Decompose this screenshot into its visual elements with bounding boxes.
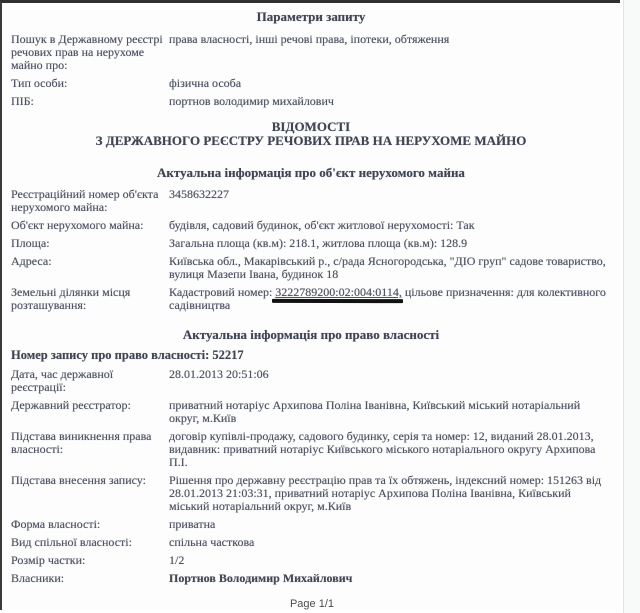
field-label: Адреса: <box>2 255 169 281</box>
page-right-margin <box>623 0 640 613</box>
field-value: права власності, інші речові права, іпот… <box>169 33 620 72</box>
field-label: ПІБ: <box>2 95 169 108</box>
field-value: фізична особа <box>169 77 620 90</box>
field-row-joint-ownership-type: Вид спільної власності: спільна часткова <box>2 536 620 549</box>
field-label: Площа: <box>2 237 169 250</box>
field-row-address: Адреса: Київська обл., Макарівський р., … <box>2 255 620 281</box>
register-extract-page: Параметри запиту Пошук в Державному реєс… <box>0 0 620 610</box>
field-label: Об'єкт нерухомого майна: <box>2 219 169 232</box>
ownership-record-number: Номер запису про право власності: 52217 <box>2 348 620 362</box>
field-label: Підстава внесення запису: <box>2 474 169 513</box>
field-label: Власники: <box>2 572 169 585</box>
document-title-line2: З ДЕРЖАВНОГО РЕЄСТРУ РЕЧОВИХ ПРАВ НА НЕР… <box>2 134 620 148</box>
field-row-person-type: Тип особи: фізична особа <box>2 77 620 90</box>
field-label: Пошук в Державному реєстрі речових прав … <box>2 33 169 72</box>
object-info-title: Актуальна інформація про об'єкт нерухомо… <box>2 166 620 180</box>
field-value: спільна часткова <box>169 536 620 549</box>
page-footer: Page 1/1 <box>2 598 622 611</box>
field-row-registration-number: Реєстраційний номер об'єкта нерухомого м… <box>2 188 620 214</box>
field-label: Дата, час державної реєстрації: <box>2 368 169 394</box>
owner-name: Портнов Володимир Михайлович <box>169 572 620 585</box>
field-row-search-scope: Пошук в Державному реєстрі речових прав … <box>2 33 620 72</box>
field-row-ownership-form: Форма власності: приватна <box>2 518 620 531</box>
field-label: Державний реєстратор: <box>2 399 169 425</box>
field-row-ownership-basis: Підстава виникнення права власності: дог… <box>2 430 620 469</box>
field-value: Київська обл., Макарівський р., с/рада Я… <box>169 255 620 281</box>
document-title-line1: ВІДОМОСТІ <box>2 120 620 134</box>
field-label: Реєстраційний номер об'єкта нерухомого м… <box>2 188 169 214</box>
field-row-record-basis: Підстава внесення запису: Рішення про де… <box>2 474 620 513</box>
field-row-area: Площа: Загальна площа (кв.м): 218.1, жит… <box>2 237 620 250</box>
field-label: Форма власності: <box>2 518 169 531</box>
field-label: Підстава виникнення права власності: <box>2 430 169 469</box>
field-row-full-name: ПІБ: портнов володимир михайлович <box>2 95 620 108</box>
field-value: Рішення про державну реєстрацію прав та … <box>169 474 620 513</box>
field-row-registration-datetime: Дата, час державної реєстрації: 28.01.20… <box>2 368 620 394</box>
field-row-property-object: Об'єкт нерухомого майна: будівля, садови… <box>2 219 620 232</box>
cadastral-prefix: Кадастровий номер: <box>169 285 275 299</box>
query-params-title: Параметри запиту <box>2 10 620 24</box>
field-value: приватна <box>169 518 620 531</box>
field-row-share-size: Розмір частки: 1/2 <box>2 554 620 567</box>
field-row-owners: Власники: Портнов Володимир Михайлович <box>2 572 620 585</box>
field-value: 1/2 <box>169 554 620 567</box>
field-row-land-parcels: Земельні ділянки місця розташування: Кад… <box>2 286 620 312</box>
field-label: Тип особи: <box>2 77 169 90</box>
field-value: договір купівлі-продажу, садового будинк… <box>169 430 620 469</box>
field-label: Розмір частки: <box>2 554 169 567</box>
document-title: ВІДОМОСТІ З ДЕРЖАВНОГО РЕЄСТРУ РЕЧОВИХ П… <box>2 120 620 148</box>
cadastral-number: 3222789200:02:004:0114, <box>275 285 402 299</box>
field-value: Загальна площа (кв.м): 218.1, житлова пл… <box>169 237 620 250</box>
field-value: 28.01.2013 20:51:06 <box>169 368 620 394</box>
ownership-info-title: Актуальна інформація про право власності <box>2 328 620 342</box>
field-value: Кадастровий номер: 3222789200:02:004:011… <box>169 286 620 312</box>
field-value: 3458632227 <box>169 188 620 214</box>
field-row-state-registrar: Державний реєстратор: приватний нотаріус… <box>2 399 620 425</box>
field-label: Вид спільної власності: <box>2 536 169 549</box>
field-label: Земельні ділянки місця розташування: <box>2 286 169 312</box>
marker-underline <box>272 299 403 303</box>
field-value: приватний нотаріус Архипова Поліна Івані… <box>169 399 620 425</box>
field-value: портнов володимир михайлович <box>169 95 620 108</box>
field-value: будівля, садовий будинок, об'єкт житлово… <box>169 219 620 232</box>
